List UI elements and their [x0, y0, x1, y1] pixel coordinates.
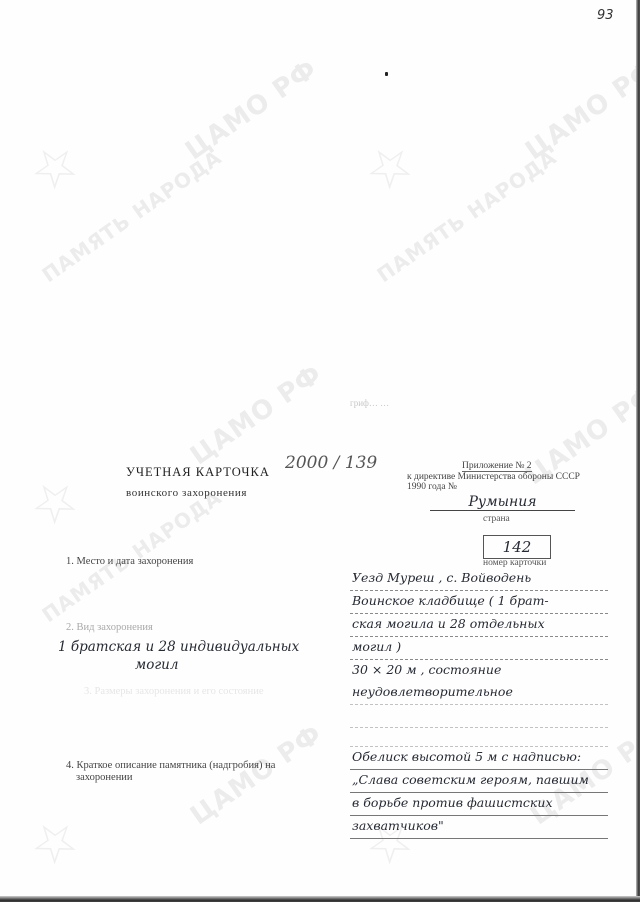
directive-line-1: к директиве Министерства обороны СССР	[407, 472, 580, 482]
country-label: страна	[483, 514, 510, 524]
watermark-star-icon: ☆	[351, 127, 428, 207]
faint-header-text: гриф… …	[350, 398, 389, 408]
document-title: УЧЕТНАЯ КАРТОЧКА	[126, 465, 270, 480]
field-1-line: ская могила и 28 отдельных	[350, 614, 608, 637]
watermark-camo: ЦАМО РФ	[180, 54, 323, 166]
field-1-label: 1. Место и дата захоронения	[66, 556, 193, 567]
watermark-star-icon: ☆	[16, 462, 93, 542]
document-subtitle: воинского захоронения	[126, 487, 247, 499]
field-1-lines: Уезд Муреш , с. Войводень Воинское кладб…	[350, 568, 608, 728]
country-value: Румыния	[430, 494, 575, 511]
appendix-text: Приложение № 2	[462, 461, 532, 472]
field-4-label-line-1: 4. Краткое описание памятника (надгробия…	[66, 760, 275, 771]
watermark-star-icon: ☆	[16, 127, 93, 207]
watermark-star-icon: ☆	[16, 802, 93, 882]
field-2-value-line-1: 1 братская и 28 индивидуальных	[58, 638, 299, 656]
field-4-line: в борьбе против фашистских	[350, 793, 608, 816]
field-4-lines: Обелиск высотой 5 м с надписью: „Слава с…	[350, 740, 608, 839]
field-4-line: Обелиск высотой 5 м с надписью:	[350, 747, 608, 770]
card-number-box: 142	[483, 535, 551, 559]
directive-line-2: 1990 года №	[407, 482, 580, 492]
field-4-line: „Слава советским героям, павшим	[350, 770, 608, 793]
field-4-top-rule	[350, 740, 608, 747]
appendix-label: Приложение № 2	[462, 461, 532, 471]
scan-edge-right	[636, 0, 640, 902]
watermark-camo: ЦАМО РФ	[185, 719, 328, 831]
directive-reference: к директиве Министерства обороны СССР 19…	[407, 472, 580, 492]
field-2-label: 2. Вид захоронения	[66, 622, 153, 633]
field-2-value-line-2: могил	[135, 656, 178, 674]
scan-edge-bottom	[0, 896, 640, 902]
field-4-label-line-2: захоронении	[76, 772, 133, 783]
field-1-line: могил )	[350, 637, 608, 660]
field-3-label: 3. Размеры захоронения и его состояние	[84, 686, 264, 697]
field-1-line: неудовлетворительное	[350, 682, 608, 705]
field-1-line: 30 × 20 м , состояние	[350, 660, 608, 682]
field-1-line	[350, 705, 608, 728]
field-4-line: захватчиков"	[350, 816, 608, 839]
field-1-line: Уезд Муреш , с. Войводень	[350, 568, 608, 591]
page-number: 93	[597, 8, 614, 23]
registration-number: 2000 / 139	[285, 453, 377, 473]
card-number-label: номер карточки	[483, 558, 546, 568]
ink-dot	[385, 72, 388, 76]
field-1-line: Воинское кладбище ( 1 брат-	[350, 591, 608, 614]
watermark-camo: ЦАМО РФ	[520, 54, 640, 166]
